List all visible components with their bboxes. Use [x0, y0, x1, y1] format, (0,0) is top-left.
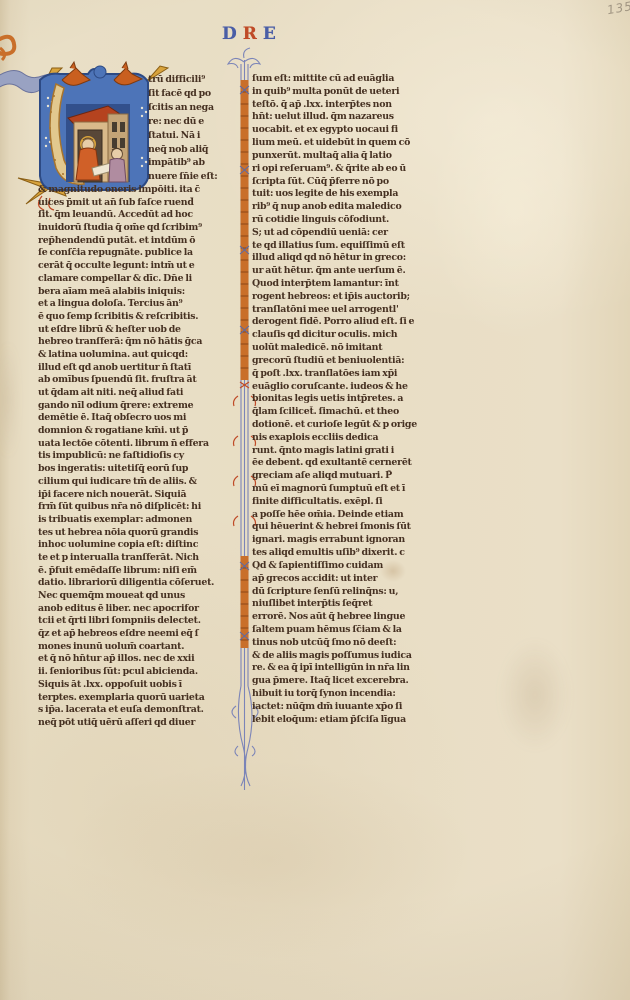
text-line: dotionē. et curioſe legūt & p orige [252, 419, 439, 432]
text-line: cilium qui iudicare tm̄ de aliis. & [38, 476, 247, 489]
text-line: nuere ſn̄ie eſt: [148, 170, 247, 184]
text-line: errorē. Nos aūt q̄ hebree lingue [252, 611, 439, 624]
text-line: hibuit iu torq̄ ſynon incendia: [252, 688, 439, 701]
text-line: gando nīl odium q̄rere: extreme [38, 400, 247, 413]
text-line: finite difficultatis. exēpl. ſi [252, 496, 439, 509]
text-line: ap̄ grecos accidit: ut inter [252, 573, 439, 586]
text-line: neq̄ pōt utiq̄ uērū aſſeri qd diuer [38, 717, 247, 730]
manuscript-page: 135 DRE [0, 0, 630, 1000]
text-line: tcii et q̄rti libri ſompniis delectet. [38, 615, 247, 628]
text-line: ſtatui. Nā i [148, 129, 247, 143]
text-line: & magnitudo oneris impōiti. ita c̄ [38, 184, 247, 197]
text-line: ſit facē qd po [148, 87, 247, 101]
text-line: te et p interualla tranſferāt. Nich [38, 552, 247, 565]
text-line: s ip̄a. lacerata et euſa demonſtrat. [38, 704, 247, 717]
running-header: DRE [222, 26, 276, 43]
text-line: uices p̄mit ut an̄ ſub faſce ruend̄ [38, 197, 247, 210]
text-line: bionitas legis uetis intp̄retes. a [252, 393, 439, 406]
text-line: rib⁹ q̄ nup anob edita maledico [252, 201, 439, 214]
running-header-letter: D [222, 26, 237, 43]
show-through [500, 640, 570, 750]
text-line: tuit: uos legite de his exempla [252, 188, 439, 201]
text-line: illud eſt qd anob uertitur n̄ ſtatī [38, 362, 247, 375]
text-line: tinus nob utcūq̄ ſmo nō deeſt: [252, 637, 439, 650]
text-line: ignari. magis errabunt ignoran [252, 534, 439, 547]
text-line: ri opi reſeruam⁹. & q̄rite ab eo ū [252, 163, 439, 176]
show-through [0, 340, 16, 460]
text-line: demētie ē. Itaq̄ obſecro uos mi [38, 412, 247, 425]
text-line: rep̄hendendū putāt. et intdūm ō [38, 235, 247, 248]
text-line: nis exaplois eccliis dedica [252, 432, 439, 445]
text-line: euāglio coruſcante. iudeos & he [252, 381, 439, 394]
text-line: Quod interp̄tem lamantur: īnt [252, 278, 439, 291]
text-line: tis impublicū: ne faſtidioſis cy [38, 450, 247, 463]
text-line: bos ingeratis: uitetiſq̄ eorū ſup [38, 463, 247, 476]
text-line: runt. q̄nto magis latini grati i [252, 445, 439, 458]
text-line: datio. librariorū diligentia cōſeruet. [38, 577, 247, 590]
text-line: mones inunū uolum̄ coartant. [38, 641, 247, 654]
text-line: in quib⁹ multa ponūt de ueteri [252, 86, 439, 99]
text-line: terptes. exemplaria quorū uarieta [38, 692, 247, 705]
text-column-1-indented: trū difficili⁹ſit facē qd poſcitis an ne… [148, 73, 247, 184]
miniature-scene [66, 104, 130, 182]
text-line: Nec quemq̄m moueat qd unus [38, 590, 247, 603]
text-line: te qd illatius ſum. equiſſimū eſt [252, 240, 439, 253]
text-line: impātib⁹ ab [148, 156, 247, 170]
text-line: & latina uolumina. aut quicqd: [38, 349, 247, 362]
text-line: Siquis āt .lxx. oppoſuit uobis ī [38, 679, 247, 692]
text-line: inuidorū ſtudia q̄ om̄e qd ſcribim⁹ [38, 222, 247, 235]
text-line: S; ut ad cōpendiū ueniā: cer [252, 227, 439, 240]
text-line: re. & ea q̄ ipī intelligūn in nr̄a lin [252, 662, 439, 675]
text-line: q̄ poſt .lxx. tranſlatōes iam xp̄i [252, 368, 439, 381]
text-line: punxerūt. multaq̄ alia q̄ latio [252, 150, 439, 163]
text-line: uata lectōe cōtenti. librum n̄ effera [38, 438, 247, 451]
text-line: rū cotidie linguis cōfodiunt. [252, 214, 439, 227]
text-line: ſum eſt: mittite cū ad euāglia [252, 73, 439, 86]
text-line: hn̄t: uelut illud. q̄m nazareus [252, 111, 439, 124]
text-line: gua p̄mere. Itaq̄ licet excerebra. [252, 675, 439, 688]
text-line: tes aliqd emultis uſib⁹ dixerit. c [252, 547, 439, 560]
text-line: clamare compellar & dīc. Dn̄e li [38, 273, 247, 286]
text-line: inhoc uolumine copia eſt: diſtinc [38, 539, 247, 552]
text-line: q̄z et ap̄ hebreos eſdre neemi eq̄ ſ [38, 628, 247, 641]
text-line: ſcripta ſūt. Cūq̄ p̄ferre nō po [252, 176, 439, 189]
text-line: ſe conſc̄ia repugnāte. publice la [38, 247, 247, 260]
text-line: lium meū. et uidebūt in quem cō [252, 137, 439, 150]
text-line: niuſlibet interp̄tis ſeq̄ret [252, 598, 439, 611]
text-column-2: ſum eſt: mittite cū ad euāgliain quib⁹ m… [252, 73, 439, 726]
text-line: iactet: nūq̄m dm̄ iuuante xp̄o ſi [252, 701, 439, 714]
text-line: clauſis qd dicitur oculis. mich [252, 329, 439, 342]
text-line: ab omībus ſpuendū ſit. fruſtra āt [38, 374, 247, 387]
text-line: ut eſdre librū & heſter uob de [38, 324, 247, 337]
text-line: domnion & rogatiane km̄i. ut p̄ [38, 425, 247, 438]
text-line: bera aīam meā alabiis iniquis: [38, 286, 247, 299]
text-line: tranſlatōni mee uel arrogentl' [252, 304, 439, 317]
text-line: uolūt maledicē. nō imitant [252, 342, 439, 355]
text-line: ſaltem puam hēmus ſc̄iam & la [252, 624, 439, 637]
text-line: q̄lam ſcilicet̄. ſimachū. et theo [252, 406, 439, 419]
text-line: ēe debent. qd exultantē cernerēt [252, 457, 439, 470]
text-line: ſcitis an nega [148, 101, 247, 115]
text-line: tes ut hebrea nōia quorū grandis [38, 527, 247, 540]
running-header-letter: E [263, 26, 276, 43]
text-line: ip̄i facere nich nouerāt. Siquiā [38, 489, 247, 502]
text-line: derogent fidē. Porro aliud eſt. ſi e [252, 316, 439, 329]
text-line: ē quo ſemp ſcribitis & reſcribitis. [38, 311, 247, 324]
text-line: lebit eloq̄um: etiam p̄ſciſa līgua [252, 714, 439, 727]
text-line: dū ſcripture ſenſū relinq̄ns: u, [252, 586, 439, 599]
text-line: hebreo tranſferā: q̄m nō hātis ḡca [38, 336, 247, 349]
text-column-1: & magnitudo oneris impōiti. ita c̄uices … [38, 184, 247, 730]
text-line: neq̄ nob aliq̄ [148, 143, 247, 157]
text-line: illud aliqd qd nō hētur in greco: [252, 252, 439, 265]
text-line: a poſſe hēe om̄ia. Deinde etiam [252, 509, 439, 522]
text-line: ut q̄dam ait niti. neq̄ aliud fati [38, 387, 247, 400]
parchment-stain [60, 760, 480, 960]
text-line: trū difficili⁹ [148, 73, 247, 87]
text-line: grecorū ſtudiū et beniuolentiā: [252, 355, 439, 368]
text-line: ur aūt hētur. q̄m ante uerſum ē. [252, 265, 439, 278]
text-line: re: nec dū e [148, 115, 247, 129]
text-line: uocabit. et ex egypto uocaui fi [252, 124, 439, 137]
text-line: is tribuatis exemplar: admonen [38, 514, 247, 527]
text-line: rogent hebreos: et ip̄is auctorib; [252, 291, 439, 304]
text-line: greciam aſe aliqd mutuari. P̄ [252, 470, 439, 483]
text-line: et a lingua doloſa. Tercius ān⁹ [38, 298, 247, 311]
text-line: et q̄ nō hn̄tur ap̄ illos. nec de xxii [38, 653, 247, 666]
text-line: frm̄ ſūt quibus nr̄a nō diſplicēt: hi [38, 501, 247, 514]
text-line: teſtō. q̄ ap̄ .lxx. interp̄tes non [252, 99, 439, 112]
text-line: mū eī magnorū ſumptuū eſt et ī [252, 483, 439, 496]
folio-number: 135 [606, 0, 630, 17]
text-line: Qd & ſapientiſſimo cuidam [252, 560, 439, 573]
text-line: ē. p̄fuit emēdaſſe librum: niſi em̄ [38, 565, 247, 578]
text-line: ſit. q̄m leuandū. Accedūt ad hoc [38, 209, 247, 222]
text-line: ii. ſenioribus ſūt: pcul abicienda. [38, 666, 247, 679]
text-line: qui hēuerint & hebrei ſmonis ſūt [252, 521, 439, 534]
running-header-letter: R [243, 26, 257, 43]
text-line: & de aliis magis poſſumus iudica [252, 650, 439, 663]
text-line: cerāt q̄ occulte legunt: intm̄ ut e [38, 260, 247, 273]
parchment-stain [430, 80, 600, 340]
text-line: anob editus ē liber. nec apocrifor [38, 603, 247, 616]
